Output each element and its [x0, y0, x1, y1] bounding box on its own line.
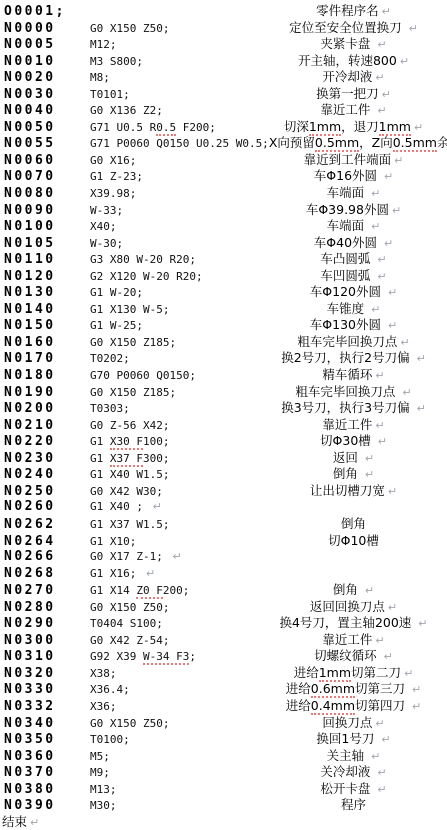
text-segment: M3 S800; [90, 55, 143, 68]
text-segment: 精车循环 [322, 367, 372, 382]
comment: 换2号刀，执行2号刀偏 ↵ [260, 350, 447, 368]
gcode: G1 W-25; [84, 318, 260, 335]
comment: 切深1mm，退刀1mm↵ [260, 119, 447, 137]
program-line: N0230G1 X37 F300;返回 ↵ [0, 450, 447, 467]
comment: 关主轴 ↵ [260, 748, 447, 766]
program-line: N0060G0 X16;靠近到工件端面↵ [0, 152, 447, 169]
gcode: M3 S800; [84, 54, 260, 71]
text-segment: X36; [90, 700, 117, 713]
text-segment: T0202; [90, 352, 130, 365]
line-number: N0040 [0, 103, 84, 120]
program-line: N0170T0202;换2号刀，执行2号刀偏 ↵ [0, 350, 447, 367]
comment: 车端面 ↵ [260, 218, 447, 236]
comment: 车端面 ↵ [260, 185, 447, 203]
comment: 车Φ40外圆 ↵ [260, 235, 447, 253]
text-segment: 进给 [286, 681, 311, 696]
text-segment: 靠近到工件端面 [304, 152, 392, 167]
line-number: N0010 [0, 54, 84, 71]
comment: 返回 ↵ [260, 450, 447, 468]
text-segment: 关冷却液 [320, 764, 374, 779]
gcode: G1 X40 W1.5; [84, 467, 260, 484]
gcode: G0 X150 Z185; [84, 335, 260, 352]
paragraph-return-icon: ↵ [375, 435, 387, 448]
gcode: G70 P0060 Q0150; [84, 368, 260, 385]
program-line: N0000G0 X150 Z50;定位至安全位置换刀 ↵ [0, 20, 447, 37]
paragraph-return-icon: ↵ [385, 319, 397, 332]
text-segment: G1 X40 ; [90, 500, 150, 513]
text-segment: G0 X136 Z2; [90, 104, 163, 117]
paragraph-return-icon: ↵ [372, 369, 384, 382]
spellcheck-underlined-text: 1mm [319, 665, 351, 682]
text-segment: 切Φ30槽 [320, 433, 375, 448]
program-line: N0130G1 W-20;车Φ120外圆 ↵ [0, 284, 447, 301]
comment: 返回回换刀点↵ [260, 599, 447, 617]
comment: 靠近工件↵ [260, 417, 447, 435]
program-line: N0200T0303;换3号刀，执行3号刀偏 ↵ [0, 400, 447, 417]
line-number: N0250 [0, 484, 84, 501]
program-line: N0310G92 X39 W-34 F3;切螺纹循环 ↵ [0, 648, 447, 665]
comment: 倒角 [260, 516, 447, 533]
gcode: X39.98; [84, 186, 260, 203]
gcode: G0 X136 Z2; [84, 103, 260, 120]
text-segment: 松开卡盘 [320, 781, 374, 796]
gcode: G0 X42 W30; [84, 484, 260, 501]
line-number: N0360 [0, 749, 84, 766]
text-segment: G1 W-25; [90, 319, 143, 332]
text-segment: G0 X42 Z-54; [90, 634, 169, 647]
text-segment: 换2号刀，执行2号刀偏 [281, 350, 413, 365]
gcode: T0101; [84, 87, 260, 104]
text-segment: 切Φ10槽 [328, 533, 379, 548]
text-segment: G1 X14 [90, 584, 136, 597]
text-segment: T0404 S100; [90, 617, 163, 630]
paragraph-return-icon: ↵ [372, 71, 384, 84]
program-line: N0105W-30;车Φ40外圆 ↵ [0, 235, 447, 252]
paragraph-return-icon: ↵ [362, 452, 374, 465]
gcode: G0 X150 Z50; [84, 716, 260, 733]
line-number: N0030 [0, 87, 84, 104]
comment-continuation: 结束 [0, 814, 27, 830]
paragraph-return-icon: ↵ [372, 419, 384, 432]
line-number: N0055 [0, 136, 84, 153]
program-line: O0001;零件程序名↵ [0, 3, 447, 20]
text-segment: G0 X150 Z185; [90, 386, 176, 399]
comment: 车锥度 ↵ [260, 301, 447, 319]
text-segment: G1 X10; [90, 535, 136, 548]
gcode: M8; [84, 70, 260, 87]
text-segment: 靠近工件 [322, 632, 372, 647]
paragraph-return-icon: ↵ [374, 270, 386, 283]
text-segment: ，退刀 [341, 119, 379, 134]
paragraph-return-icon: ↵ [399, 386, 411, 399]
line-number: N0000 [0, 21, 84, 38]
text-segment: M8; [90, 71, 110, 84]
text-segment: G71 P0060 Q0150 U0.25 W0.5; [90, 137, 269, 150]
comment: 定位至安全位置换刀 ↵ [260, 20, 447, 38]
program-line: N0280G0 X150 Z50;返回回换刀点↵ [0, 599, 447, 616]
gcode: G1 X40 ; ↵ [84, 499, 260, 516]
text-segment: X40; [90, 220, 117, 233]
paragraph-return-icon: ↵ [406, 22, 418, 35]
program-line: N0330X36.4;进给0.6mm切第三刀 ↵ [0, 681, 447, 698]
text-segment: 返回回换刀点 [310, 599, 385, 614]
text-segment: W-33; [90, 204, 123, 217]
program-listing: O0001;零件程序名↵N0000G0 X150 Z50;定位至安全位置换刀 ↵… [0, 3, 447, 814]
text-segment: 余量 [437, 135, 447, 150]
comment: 开冷却液↵ [260, 69, 447, 87]
line-number: N0332 [0, 699, 84, 716]
comment: 车凸圆弧 ↵ [260, 251, 447, 269]
line-number: O0001; [0, 4, 84, 21]
gcode: G1 X130 W-5; [84, 302, 260, 319]
text-segment: 车凸圆弧 [320, 251, 374, 266]
line-number: N0220 [0, 434, 84, 451]
paragraph-return-icon: ↵ [362, 584, 374, 597]
paragraph-return-icon: ↵ [397, 55, 409, 68]
comment: 车Φ130外圆 ↵ [260, 317, 447, 335]
text-segment: 进给 [286, 698, 311, 713]
comment: 松开卡盘 ↵ [260, 781, 447, 799]
gcode: G1 Z-23; [84, 169, 260, 186]
paragraph-return-icon: ↵ [368, 750, 380, 763]
program-line: N0040G0 X136 Z2;靠近工件 ↵ [0, 102, 447, 119]
program-line: N0290T0404 S100;换4号刀，置主轴200速 ↵ [0, 615, 447, 632]
paragraph-return-icon: ↵ [374, 104, 386, 117]
line-number: N0240 [0, 467, 84, 484]
text-segment: M9; [90, 766, 110, 779]
spellcheck-underlined-text: X37 F [110, 452, 143, 467]
line-number: N0260 [0, 499, 84, 516]
line-number: N0266 [0, 549, 84, 566]
program-line: N0100X40;车端面 ↵ [0, 218, 447, 235]
gcode: T0404 S100; [84, 616, 260, 633]
program-line: N0332X36;进给0.4mm切第四刀 ↵ [0, 698, 447, 715]
comment: 回换刀点↵ [260, 715, 447, 733]
paragraph-return-icon: ↵ [391, 154, 403, 167]
comment: 进给0.4mm切第四刀 ↵ [260, 698, 447, 716]
program-line: N0050G71 U0.5 R0.5 F200;切深1mm，退刀1mm↵ [0, 119, 447, 136]
gcode: G92 X39 W-34 F3; [84, 649, 260, 666]
gcode: X36; [84, 699, 260, 716]
gcode: W-33; [84, 203, 260, 220]
paragraph-return-icon: ↵ [411, 121, 423, 134]
comment: 倒角 ↵ [260, 582, 447, 600]
line-number: N0005 [0, 37, 84, 54]
comment: 换4号刀，置主轴200速 ↵ [260, 615, 447, 633]
gcode: M30; [84, 798, 260, 815]
text-segment: 车端面 [327, 185, 368, 200]
program-line: N0210G0 Z-56 X42;靠近工件↵ [0, 417, 447, 434]
line-number: N0170 [0, 351, 84, 368]
program-line: N0110G3 X80 W-20 R20;车凸圆弧 ↵ [0, 251, 447, 268]
gcode: G1 X37 F300; [84, 451, 260, 468]
program-line: N0340G0 X150 Z50;回换刀点↵ [0, 715, 447, 732]
line-number: N0110 [0, 252, 84, 269]
text-segment: 车凹圆弧 [320, 268, 374, 283]
program-line: N0080X39.98;车端面 ↵ [0, 185, 447, 202]
comment: 车Φ16外圆 ↵ [260, 168, 447, 186]
gcode: G0 X16; [84, 153, 260, 170]
text-segment: 车Φ39.98外圆 [306, 202, 389, 217]
line-number: N0050 [0, 120, 84, 137]
gcode: M13; [84, 782, 260, 799]
paragraph-return-icon: ↵ [368, 220, 380, 233]
line-number: N0350 [0, 732, 84, 749]
text-segment: 让出切槽刀宽 [310, 483, 385, 498]
line-number: N0310 [0, 649, 84, 666]
line-number: N0280 [0, 600, 84, 617]
text-segment: 切深 [284, 119, 309, 134]
paragraph-return-icon: ↵ [379, 88, 391, 101]
gcode: X38; [84, 666, 260, 683]
text-segment: G0 X150 Z50; [90, 22, 169, 35]
gcode: G1 X37 W1.5; [84, 517, 260, 534]
comment: 进给1mm切第二刀↵ [260, 665, 447, 683]
text-segment: X38; [90, 667, 117, 680]
program-line: N0240G1 X40 W1.5;倒角 ↵ [0, 466, 447, 483]
line-number: N0370 [0, 765, 84, 782]
text-segment: 换4号刀，置主轴200速 [279, 615, 415, 630]
comment: 程序 [260, 797, 447, 814]
cnc-program-document: O0001;零件程序名↵N0000G0 X150 Z50;定位至安全位置换刀 ↵… [0, 0, 447, 830]
text-segment: 回换刀点 [322, 715, 372, 730]
line-number: N0330 [0, 682, 84, 699]
text-segment: 定位至安全位置换刀 [289, 20, 405, 35]
comment: 关冷却液 ↵ [260, 764, 447, 782]
text-segment: 程序 [341, 797, 366, 812]
text-segment: G0 X42 W30; [90, 485, 163, 498]
text-segment: 开主轴，转速800 [298, 53, 397, 68]
program-line: N0140G1 X130 W-5;车锥度 ↵ [0, 301, 447, 318]
text-segment: 靠近工件 [320, 102, 374, 117]
gcode: G71 U0.5 R0.5 F200; [84, 120, 260, 137]
text-segment: 车Φ130外圆 [310, 317, 385, 332]
text-segment: G1 Z-23; [90, 170, 143, 183]
text-segment: 换第一把刀 [316, 86, 379, 101]
comment: 切螺纹循环 ↵ [260, 648, 447, 666]
line-number: N0090 [0, 203, 84, 220]
program-line: N0266G0 X17 Z-1; ↵ [0, 549, 447, 566]
line-number: N0270 [0, 583, 84, 600]
program-line: N0300G0 X42 Z-54;靠近工件↵ [0, 632, 447, 649]
spellcheck-underlined-text: 0.5mm [393, 135, 437, 152]
program-line: N0220G1 X30 F100;切Φ30槽 ↵ [0, 433, 447, 450]
line-number: N0020 [0, 70, 84, 87]
text-segment: G0 X16; [90, 154, 136, 167]
spellcheck-underlined-text: 0.6mm [311, 681, 355, 698]
program-line: N0264G1 X10;切Φ10槽 [0, 533, 447, 550]
comment: 倒角 ↵ [260, 466, 447, 484]
comment: 车Φ39.98外圆↵ [260, 202, 447, 220]
paragraph-return-icon: ↵ [397, 336, 409, 349]
line-number: N0262 [0, 517, 84, 534]
comment: 切Φ10槽 [260, 533, 447, 550]
spellcheck-underlined-text: X30 F [110, 435, 143, 450]
gcode: G0 X42 Z-54; [84, 633, 260, 650]
text-segment: 夹紧卡盘 [320, 36, 374, 51]
paragraph-return-icon: ↵ [414, 352, 426, 365]
comment: 车凹圆弧 ↵ [260, 268, 447, 286]
program-line: N0190G0 X150 Z185;粗车完毕回换刀点 ↵ [0, 384, 447, 401]
line-number: N0080 [0, 186, 84, 203]
paragraph-return-icon: ↵ [362, 468, 374, 481]
text-segment: G1 X37 W1.5; [90, 518, 169, 531]
text-segment: ; [189, 650, 196, 663]
program-line: N0380M13;松开卡盘 ↵ [0, 781, 447, 798]
paragraph-return-icon: ↵ [368, 187, 380, 200]
line-number: N0120 [0, 269, 84, 286]
text-segment: G1 W-20; [90, 286, 143, 299]
program-line: N0010M3 S800;开主轴，转速800↵ [0, 53, 447, 70]
line-number: N0150 [0, 318, 84, 335]
paragraph-return-icon: ↵ [385, 485, 397, 498]
comment: 车Φ120外圆 ↵ [260, 284, 447, 302]
text-segment: 换回1号刀 [316, 731, 378, 746]
gcode: T0100; [84, 732, 260, 749]
line-number: N0070 [0, 169, 84, 186]
program-line: N0030T0101;换第一把刀↵ [0, 86, 447, 103]
text-segment: 切第三刀 [355, 681, 409, 696]
paragraph-return-icon: ↵ [381, 170, 393, 183]
text-segment: T0100; [90, 733, 130, 746]
paragraph-return-icon: ↵ [381, 237, 393, 250]
line-number: N0300 [0, 633, 84, 650]
text-segment: G70 P0060 Q0150; [90, 369, 196, 382]
text-segment: M12; [90, 38, 117, 51]
text-segment: G92 X39 [90, 650, 143, 663]
paragraph-return-icon: ↵ [143, 567, 155, 580]
program-line: N0180G70 P0060 Q0150;精车循环↵ [0, 367, 447, 384]
program-line-continuation: 结束 ↵ [0, 814, 447, 830]
comment: 换回1号刀 ↵ [260, 731, 447, 749]
gcode: M9; [84, 765, 260, 782]
program-line: N0020M8;开冷却液↵ [0, 69, 447, 86]
paragraph-return-icon: ↵ [389, 204, 401, 217]
paragraph-return-icon: ↵ [409, 700, 421, 713]
comment: 靠近工件↵ [260, 632, 447, 650]
paragraph-return-icon: ↵ [374, 38, 386, 51]
paragraph-return-icon: ↵ [374, 783, 386, 796]
text-segment: X39.98; [90, 187, 136, 200]
text-segment: 车Φ120外圆 [310, 284, 385, 299]
paragraph-return-icon: ↵ [374, 253, 386, 266]
comment: 粗车完毕回换刀点↵ [260, 334, 447, 352]
text-segment: 倒角 [333, 466, 362, 481]
text-segment: 切螺纹循环 [314, 648, 380, 663]
gcode: M5; [84, 749, 260, 766]
gcode: G1 X10; [84, 534, 260, 551]
spellcheck-underlined-text: 0.5 [156, 121, 176, 136]
line-number: N0190 [0, 385, 84, 402]
spellcheck-underlined-text: 1mm [309, 119, 341, 136]
program-line: N0150G1 W-25;车Φ130外圆 ↵ [0, 317, 447, 334]
line-number: N0340 [0, 716, 84, 733]
program-line: N0160G0 X150 Z185;粗车完毕回换刀点↵ [0, 334, 447, 351]
line-number: N0230 [0, 451, 84, 468]
text-segment: G0 X150 Z185; [90, 336, 176, 349]
text-segment: 100; [143, 435, 170, 448]
gcode: G0 X17 Z-1; ↵ [84, 549, 260, 566]
line-number: N0380 [0, 782, 84, 799]
text-segment: G1 [90, 452, 110, 465]
text-segment: G0 X150 Z50; [90, 601, 169, 614]
gcode: G1 X14 Z0 F200; [84, 583, 260, 600]
program-line: N0262G1 X37 W1.5;倒角 [0, 516, 447, 533]
comment: X向预留0.5mm，Z向0.5mm余量↵ [269, 135, 447, 153]
text-segment: 200; [163, 584, 190, 597]
line-number: N0060 [0, 153, 84, 170]
gcode: G1 X30 F100; [84, 434, 260, 451]
comment: 进给0.6mm切第三刀 ↵ [260, 681, 447, 699]
text-segment: 倒角 [341, 516, 366, 531]
gcode: G3 X80 W-20 R20; [84, 252, 260, 269]
gcode: G0 X150 Z50; [84, 21, 260, 38]
text-segment: 车端面 [327, 218, 368, 233]
paragraph-return-icon: ↵ [372, 717, 384, 730]
text-segment: F200; [176, 121, 216, 134]
paragraph-return-icon: ↵ [379, 5, 391, 18]
program-line: N0370M9;关冷却液 ↵ [0, 764, 447, 781]
text-segment: G3 X80 W-20 R20; [90, 253, 196, 266]
paragraph-return-icon: ↵ [415, 617, 427, 630]
text-segment: 返回 [333, 450, 362, 465]
comment: 零件程序名↵ [260, 3, 447, 21]
comment: 换3号刀，执行3号刀偏 ↵ [260, 400, 447, 418]
gcode: G1 X16; ↵ [84, 566, 260, 583]
text-segment: X36.4; [90, 683, 130, 696]
line-number: N0130 [0, 285, 84, 302]
text-segment: ，Z向 [359, 135, 393, 150]
text-segment: 进给 [294, 665, 319, 680]
gcode: G71 P0060 Q0150 U0.25 W0.5; [84, 136, 269, 153]
text-segment: 切第四刀 [355, 698, 409, 713]
paragraph-return-icon: ↵ [169, 550, 181, 563]
text-segment: 靠近工件 [322, 417, 372, 432]
text-segment: 换3号刀，执行3号刀偏 [281, 400, 413, 415]
text-segment: 开冷却液 [322, 69, 372, 84]
line-number: N0140 [0, 302, 84, 319]
paragraph-return-icon: ↵ [385, 286, 397, 299]
paragraph-return-icon: ↵ [372, 634, 384, 647]
comment: 靠近工件 ↵ [260, 102, 447, 120]
text-segment: M5; [90, 750, 110, 763]
gcode: G0 Z-56 X42; [84, 418, 260, 435]
paragraph-return-icon: ↵ [374, 766, 386, 779]
program-line: N0270G1 X14 Z0 F200;倒角 ↵ [0, 582, 447, 599]
comment: 夹紧卡盘 ↵ [260, 36, 447, 54]
comment: 靠近到工件端面↵ [260, 152, 447, 170]
comment: 让出切槽刀宽↵ [260, 483, 447, 501]
text-segment: 粗车完毕回换刀点 [297, 334, 397, 349]
paragraph-return-icon: ↵ [385, 601, 397, 614]
program-line: N0120G2 X120 W-20 R20;车凹圆弧 ↵ [0, 268, 447, 285]
text-segment: W-30; [90, 237, 123, 250]
text-segment: G0 X150 Z50; [90, 717, 169, 730]
text-segment: G71 U0.5 R [90, 121, 156, 134]
gcode: T0202; [84, 351, 260, 368]
text-segment: M13; [90, 783, 117, 796]
text-segment: G1 X130 W-5; [90, 303, 169, 316]
line-number: N0105 [0, 236, 84, 253]
paragraph-return-icon: ↵ [27, 815, 39, 830]
comment: 粗车完毕回换刀点 ↵ [260, 384, 447, 402]
program-line: N0350T0100;换回1号刀 ↵ [0, 731, 447, 748]
line-number: N0160 [0, 335, 84, 352]
text-segment: 车Φ16外圆 [314, 168, 381, 183]
comment: 切Φ30槽 ↵ [260, 433, 447, 451]
text-segment: 车锥度 [327, 301, 368, 316]
text-segment: X向预留 [269, 135, 315, 150]
